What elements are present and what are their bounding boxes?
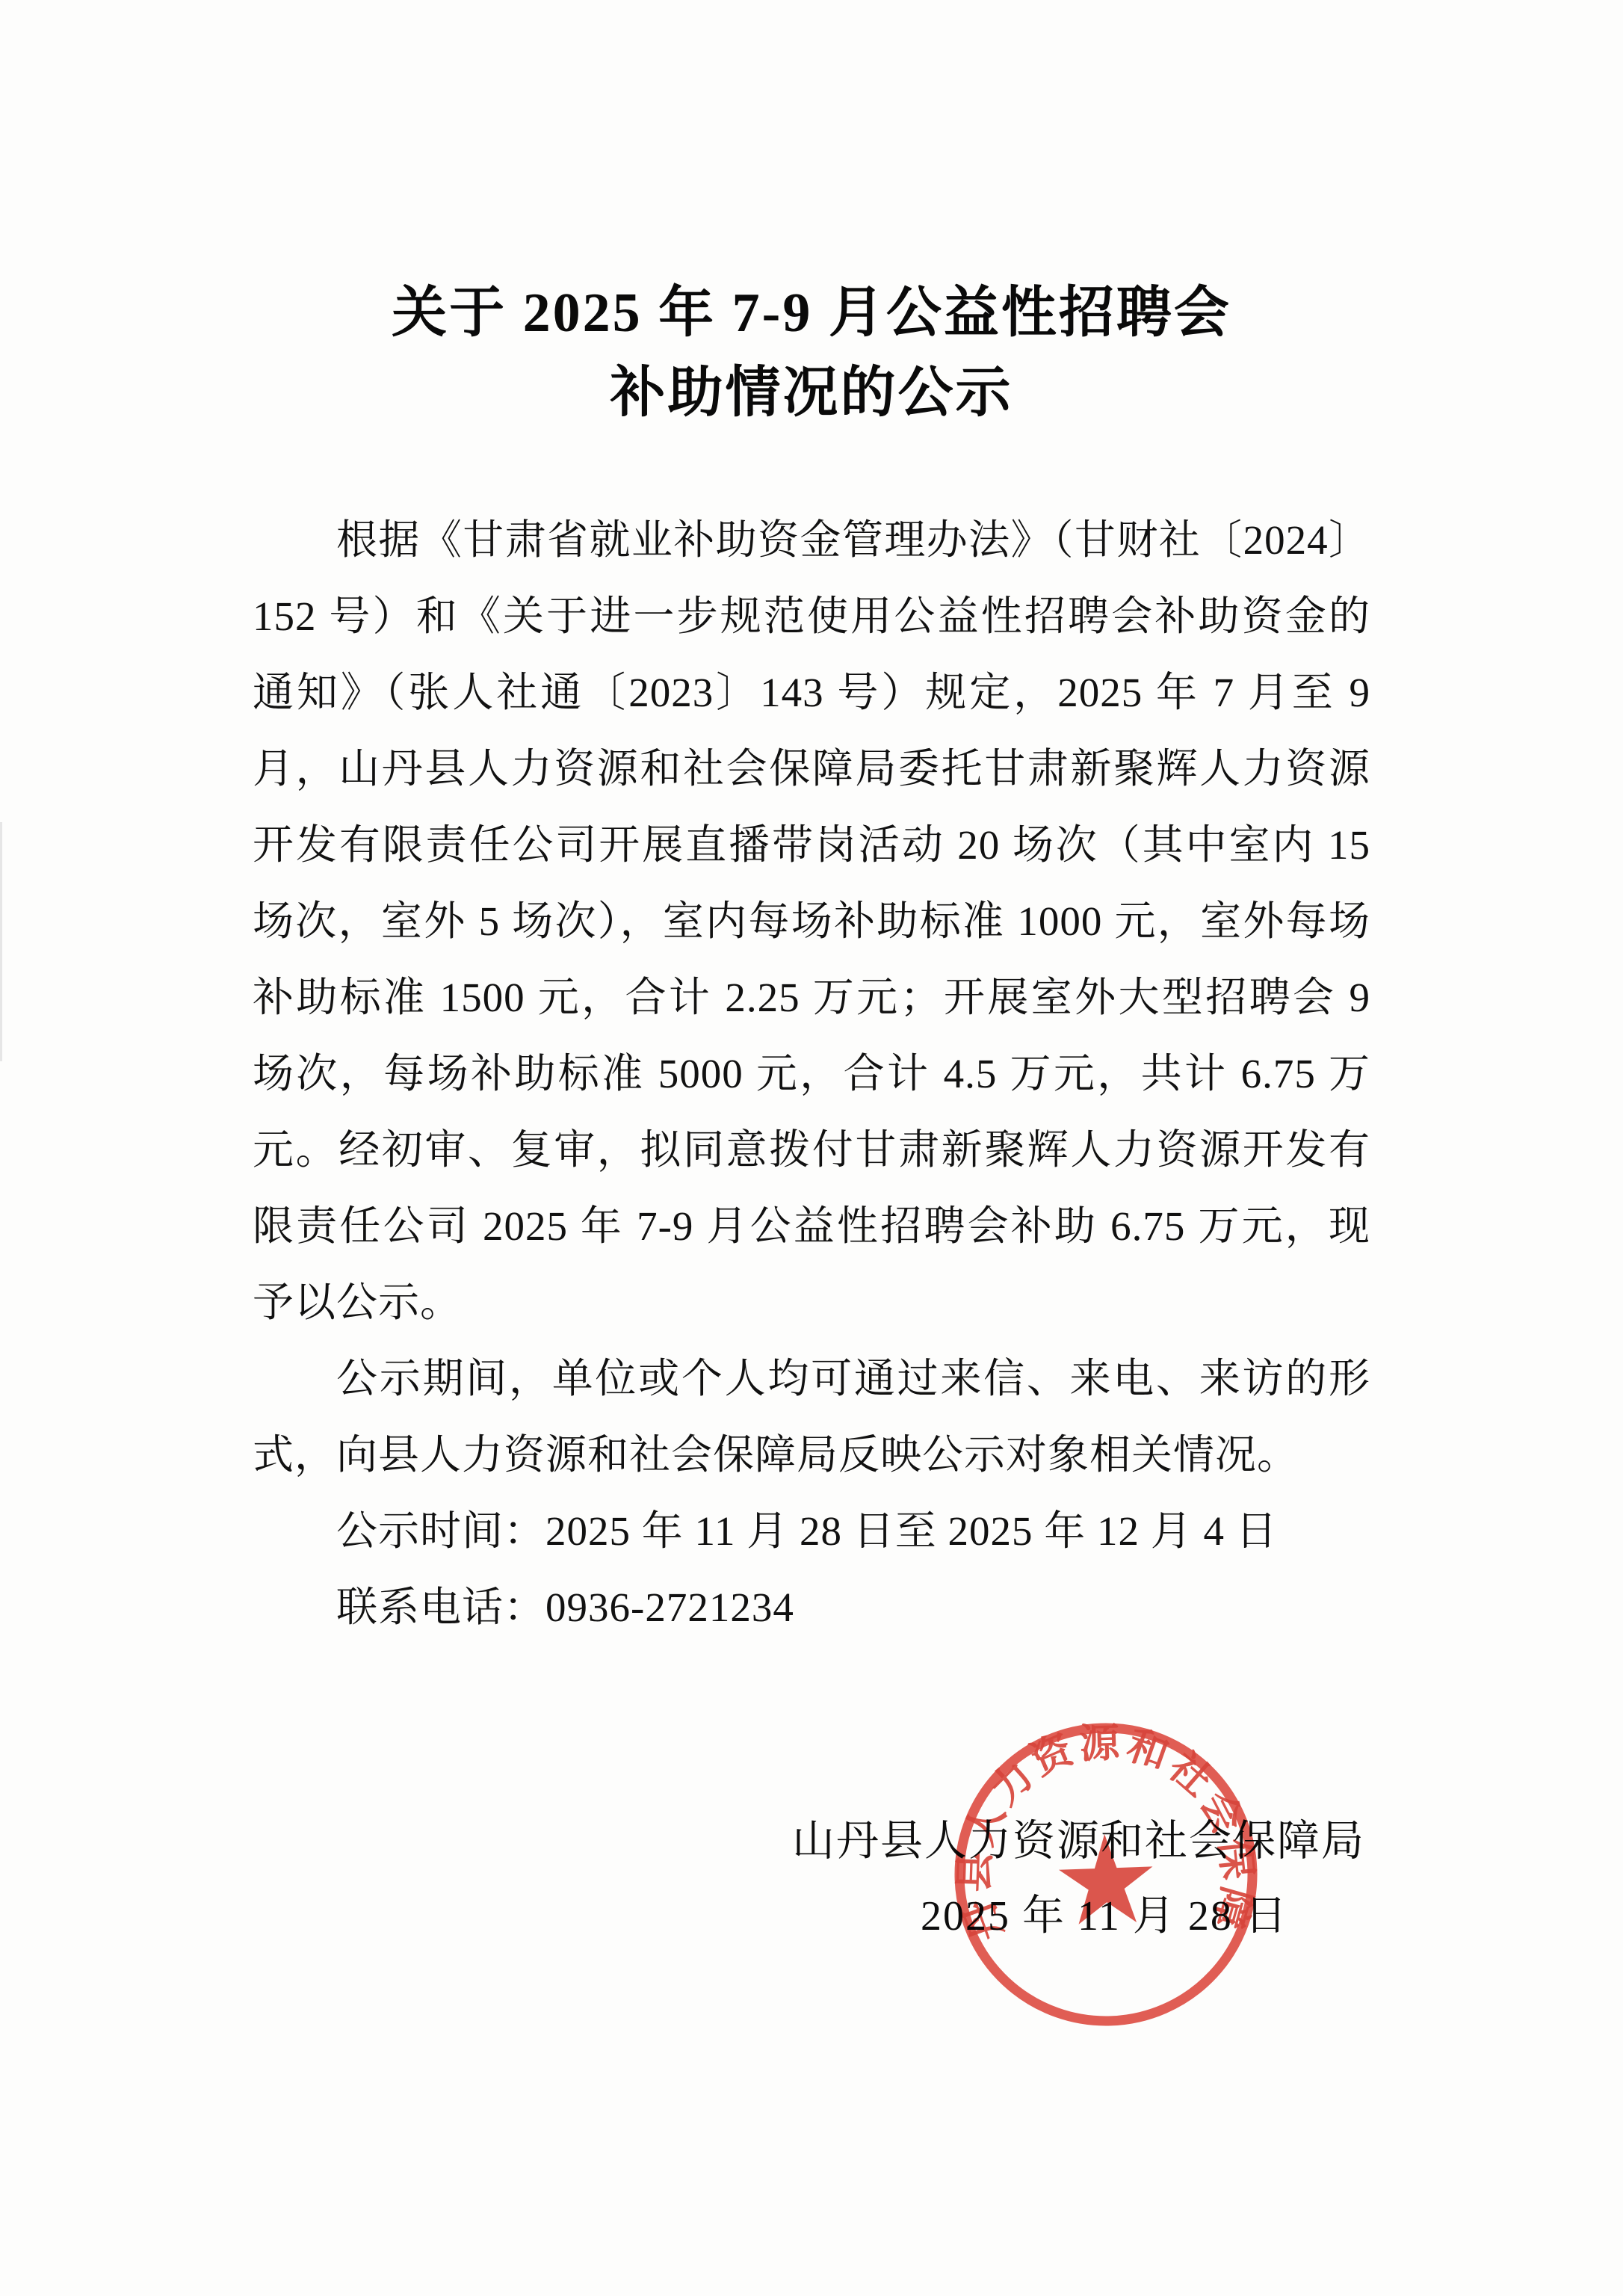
- body-line: 开发有限责任公司开展直播带岗活动 20 场次（其中室内 15: [253, 807, 1370, 883]
- body-line: 限责任公司 2025 年 7-9 月公益性招聘会补助 6.75 万元，现: [253, 1188, 1370, 1265]
- body-line: 152 号）和《关于进一步规范使用公益性招聘会补助资金的: [253, 578, 1370, 655]
- body-line: 元。经初审、复审，拟同意拨付甘肃新聚辉人力资源开发有: [253, 1112, 1370, 1188]
- official-seal-stamp: 山丹县人力资源和社会保障局: [942, 1711, 1270, 2039]
- seal-graphic: 山丹县人力资源和社会保障局: [942, 1711, 1270, 2039]
- document-page: 关于 2025 年 7-9 月公益性招聘会 补助情况的公示 根据《甘肃省就业补助…: [0, 0, 1623, 2296]
- body-line-contact-phone: 联系电话：0936-2721234: [253, 1570, 1370, 1646]
- document-title: 关于 2025 年 7-9 月公益性招聘会 补助情况的公示: [0, 274, 1623, 433]
- scan-edge-shadow: [0, 822, 2, 1061]
- title-line-2: 补助情况的公示: [0, 354, 1623, 433]
- seal-arc-text: 山丹县人力资源和社会保障局: [946, 1716, 1262, 1948]
- body-line: 月，山丹县人力资源和社会保障局委托甘肃新聚辉人力资源: [253, 731, 1370, 807]
- body-line: 公示期间，单位或个人均可通过来信、来电、来访的形: [253, 1341, 1370, 1417]
- document-body: 根据《甘肃省就业补助资金管理办法》（甘财社〔2024〕 152 号）和《关于进一…: [253, 502, 1370, 1646]
- body-line: 场次，每场补助标准 5000 元，合计 4.5 万元，共计 6.75 万: [253, 1036, 1370, 1112]
- body-line: 补助标准 1500 元，合计 2.25 万元；开展室外大型招聘会 9: [253, 960, 1370, 1036]
- body-line-publicity-period: 公示时间：2025 年 11 月 28 日至 2025 年 12 月 4 日: [253, 1493, 1370, 1570]
- body-line: 根据《甘肃省就业补助资金管理办法》（甘财社〔2024〕: [253, 502, 1370, 578]
- body-line: 式，向县人力资源和社会保障局反映公示对象相关情况。: [253, 1417, 1370, 1493]
- body-line: 予以公示。: [253, 1265, 1370, 1341]
- body-line: 场次，室外 5 场次），室内每场补助标准 1000 元，室外每场: [253, 883, 1370, 960]
- title-line-1: 关于 2025 年 7-9 月公益性招聘会: [0, 274, 1623, 354]
- seal-star-icon: [1057, 1833, 1154, 1925]
- body-line: 通知》（张人社通〔2023〕143 号）规定，2025 年 7 月至 9: [253, 655, 1370, 731]
- svg-text:山丹县人力资源和社会保障局: 山丹县人力资源和社会保障局: [946, 1716, 1262, 1948]
